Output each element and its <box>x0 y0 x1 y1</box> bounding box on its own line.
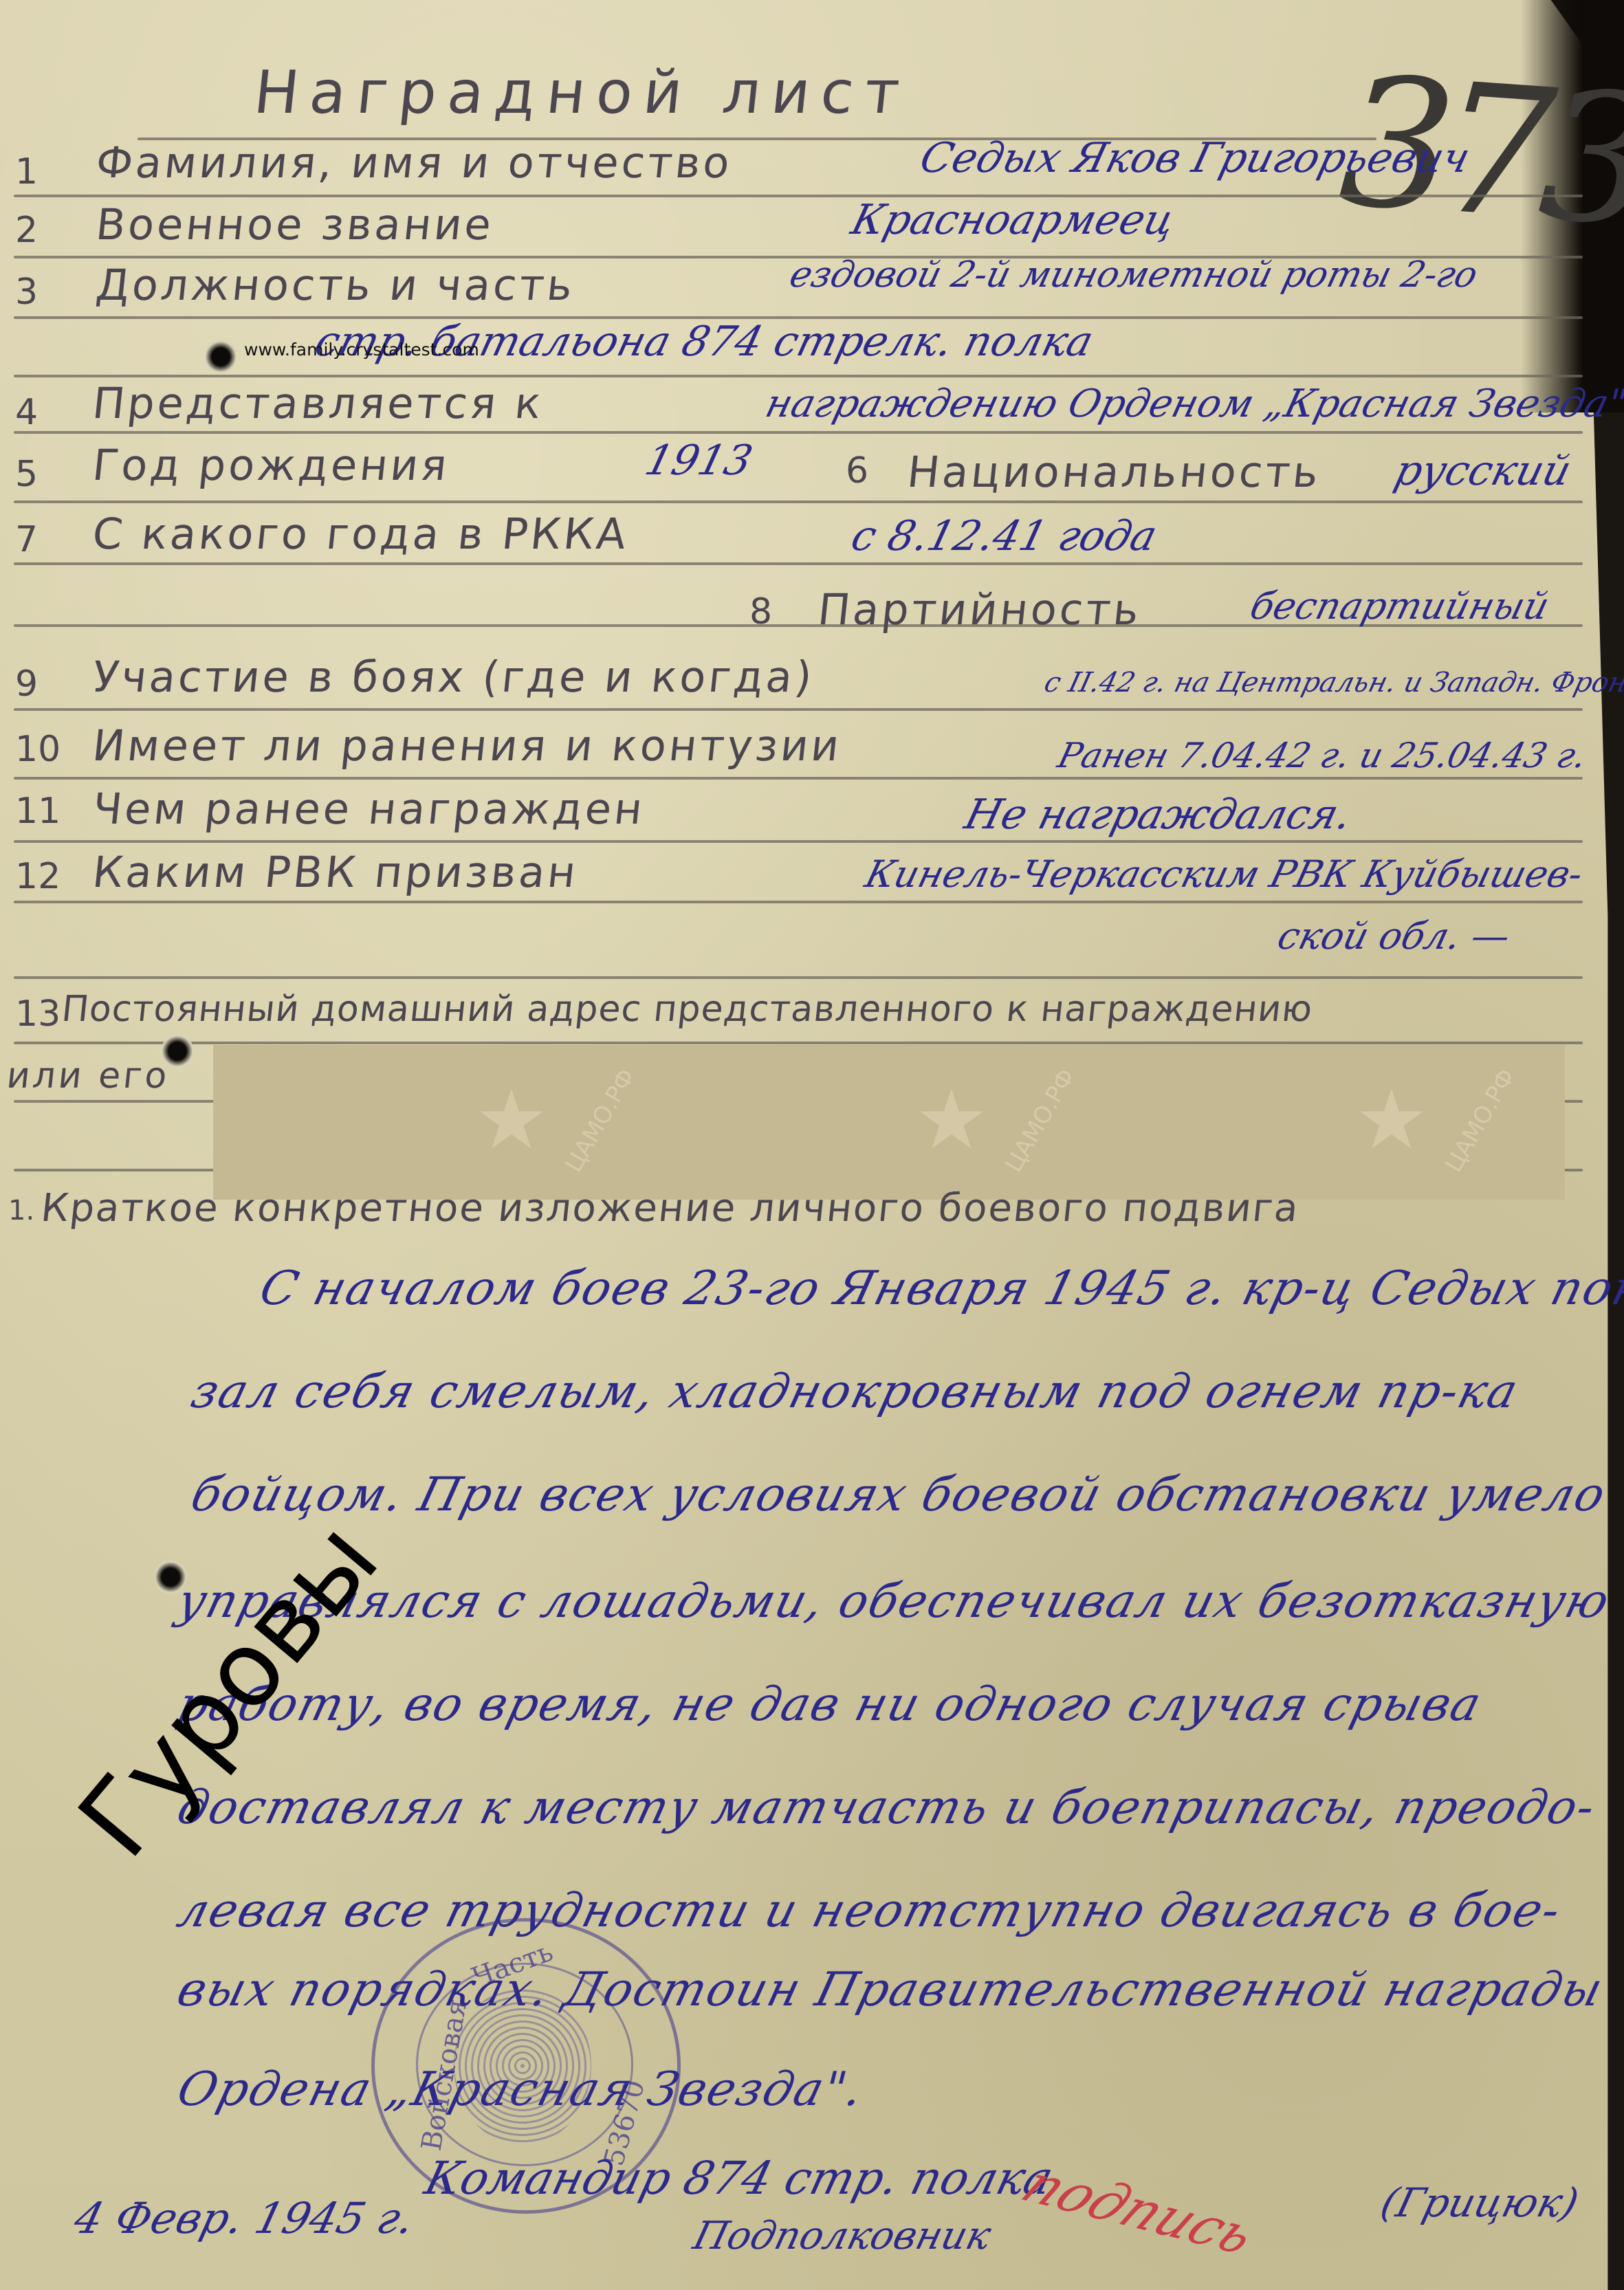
redacted-address: ★ ★ ★ ЦАМО.РФ ЦАМО.РФ ЦАМО.РФ <box>213 1045 1565 1200</box>
field-12-number: 12 <box>15 856 61 897</box>
field-11-value: Не награждался. <box>960 791 1357 839</box>
redaction-star-icon: ★ <box>1354 1072 1429 1168</box>
field-10-label: Имеет ли ранения и контузии <box>90 720 844 771</box>
document-title: Наградной лист <box>251 58 914 127</box>
field-9-number: 9 <box>15 663 38 705</box>
field-13-label-line2: или его <box>5 1055 172 1097</box>
narrative-line: доставлял к месту матчасть и боеприпасы,… <box>172 1781 1601 1835</box>
rule-12 <box>14 901 1583 903</box>
field-8-number: 8 <box>749 591 772 632</box>
watermark-url: www.family.crystaltest.com <box>244 340 479 360</box>
field-3-value: ездовой 2-й минометной роты 2-го <box>786 254 1482 296</box>
field-2-label: Военное звание <box>94 199 496 250</box>
narrative-line: бойцом. При всех условиях боевой обстано… <box>186 1468 1612 1522</box>
narrative-line: работу, во время, не дав ни одного случа… <box>172 1677 1487 1732</box>
rule-12b <box>14 976 1583 979</box>
rule-10 <box>14 777 1583 780</box>
field-7-value: с 8.12.41 года <box>846 512 1161 560</box>
field-1-label: Фамилия, имя и отчество <box>94 137 734 188</box>
field-5-label: Год рождения <box>90 440 452 490</box>
field-3-number: 3 <box>15 272 38 313</box>
field-10-number: 10 <box>15 729 61 770</box>
signature-date: 4 Февр. 1945 г. <box>69 2193 419 2243</box>
field-5-value: 1913 <box>640 437 757 485</box>
field-9-value: с II.42 г. на Центральн. и Западн. Фронт… <box>1041 667 1624 698</box>
field-8-value: беспартийный <box>1246 584 1554 628</box>
punch-hole-2 <box>162 1031 193 1071</box>
field-13-label: Постоянный домашний адрес представленног… <box>60 989 1315 1030</box>
field-10-value: Ранен 7.04.42 г. и 25.04.43 г. <box>1054 736 1591 775</box>
field-2-value: Красноармеец <box>846 196 1179 244</box>
rule-5 <box>14 500 1583 503</box>
field-4-label: Представляется к <box>90 378 546 428</box>
rule-7 <box>14 562 1583 565</box>
field-6-label: Национальность <box>905 447 1324 497</box>
field-1-number: 1 <box>15 151 38 192</box>
field-narrative-label: Краткое конкретное изложение личного бое… <box>39 1186 1302 1231</box>
field-6-value: русский <box>1390 447 1576 495</box>
narrative-line: левая все трудности и неотступно двигаяс… <box>172 1884 1567 1938</box>
commander-rank: Подполковник <box>689 2214 996 2258</box>
field-4-value: награждению Орденом „Красная Звезда" <box>761 382 1624 426</box>
field-8-label: Партийность <box>815 584 1144 635</box>
redaction-watermark: ЦАМО.РФ <box>1000 1064 1081 1177</box>
narrative-line: зал себя смелым, хладнокровным под огнем… <box>186 1365 1524 1419</box>
field-11-number: 11 <box>15 791 61 832</box>
narrative-line: С началом боев 23-го Января 1945 г. кр-ц… <box>254 1262 1624 1316</box>
field-9-label: Участие в боях (где и когда) <box>90 652 817 702</box>
redaction-watermark: ЦАМО.РФ <box>1440 1064 1521 1177</box>
field-2-number: 2 <box>15 210 38 251</box>
punch-hole-3 <box>155 1557 186 1597</box>
rule-4 <box>14 431 1583 434</box>
redaction-star-icon: ★ <box>474 1072 549 1168</box>
punch-hole-1 <box>205 337 237 377</box>
field-12-label: Каким РВК призван <box>90 847 581 897</box>
field-13-number: 13 <box>15 993 61 1035</box>
rule-11 <box>14 840 1583 843</box>
rule-3b <box>14 375 1583 377</box>
field-7-label: С какого года в РККА <box>90 509 631 559</box>
field-4-number: 4 <box>15 392 38 433</box>
field-7-number: 7 <box>15 519 38 560</box>
field-6-number: 6 <box>846 450 868 492</box>
field-5-number: 5 <box>15 454 38 495</box>
field-3-label: Должность и часть <box>94 260 578 310</box>
rule-13 <box>14 1042 1583 1044</box>
rule-1 <box>14 195 1583 197</box>
redaction-star-icon: ★ <box>914 1072 989 1168</box>
field-12-value: Кинель-Черкасским РВК Куйбышев- <box>861 852 1588 896</box>
field-1-value: Седых Яков Григорьевич <box>915 134 1475 182</box>
rule-9 <box>14 708 1583 711</box>
commander-title: Командир 874 стр. полка <box>419 2152 1058 2205</box>
ussr-emblem-icon <box>454 1987 591 2145</box>
commander-name: (Грицюк) <box>1376 2179 1583 2226</box>
field-narrative-number: 1. <box>8 1195 34 1226</box>
field-11-label: Чем ранее награжден <box>90 784 648 834</box>
redaction-watermark: ЦАМО.РФ <box>560 1064 641 1177</box>
field-12-value-line2: ской обл. — <box>1273 914 1515 958</box>
